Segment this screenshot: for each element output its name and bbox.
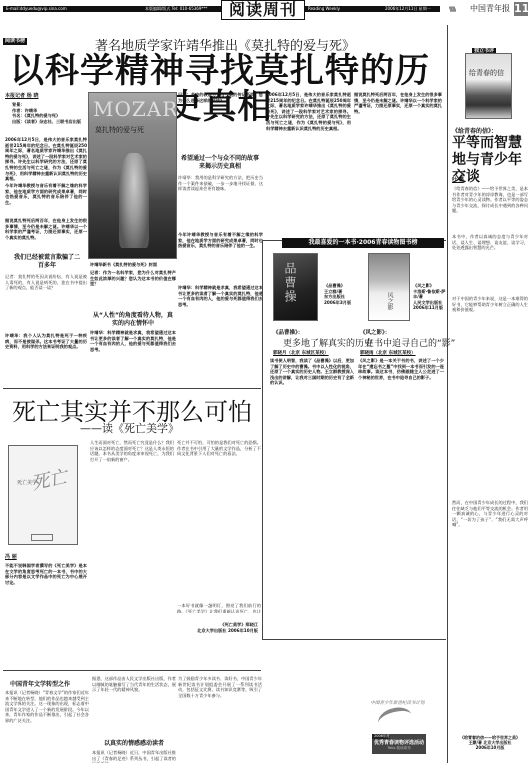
cover-caption: 许靖华新书《莫扎特的爱与死》封面	[90, 262, 176, 268]
decorative-slashes-icon: \\\\\\	[449, 6, 455, 13]
statue-image	[119, 153, 149, 248]
book2-byline: 郭晓雨（北京 东城区某校）	[360, 350, 416, 356]
logo-banner: 2006年度 优秀青春读物评选活动 Tello 阅读周刊	[372, 734, 426, 754]
book2-cover: 风之影	[368, 253, 410, 321]
main-body-1: 2006年12月5日，是伟大的音乐家莫扎特逝世215周年的纪念日。在莫扎特诞辰2…	[5, 137, 87, 181]
book2-tag: 《风之影》：	[360, 328, 390, 336]
main-subhead-1: 我们已经被谎言欺骗了二百多年	[14, 254, 80, 270]
main-intro: 背景： 作者：许靖华 书名：《莫扎特的爱与死》 出版：《读者》杂志社、三联书店出…	[12, 102, 87, 134]
book1-headline: 更多地了解真实的历史	[283, 336, 373, 349]
bottom-left-body: 本报讯（记者杨晓）“青春文学”的作家们近年来不断地在转型，他们的作品也越来越受到…	[5, 690, 89, 763]
sidebar-body-3: 对于中国的青少年来说，这是一本难得的好书，它能够帮助青少年树立正确的人生观和价值…	[452, 296, 528, 496]
section-divider	[3, 388, 261, 389]
book-recommend-banner: 我最喜爱的一本书·2006青春读物图书榜	[282, 238, 444, 248]
main-body-7: 许靖华：科学精神就是求真，我希望通过这本书让更多的读者了解一个真实的莫扎特，他是…	[90, 330, 176, 382]
bottom-middle-body-1: 据悉，这部作品由人民文学出版社出版，作者以细腻的笔触描写了当代青年的生活状态，展…	[92, 676, 176, 738]
sidebar-book-title: 《给青春的信》：	[452, 126, 497, 135]
bottom-middle-body-2: 本报讯（记者杨晓）近日，中国青年出版社推出了《青春的足迹》系列丛书，引起了读者的…	[92, 750, 176, 763]
book1-body: 读书使人明智，我读了《品曹操》以后，更加了解了历史中的曹操。书中以人性化的视角，…	[270, 358, 354, 638]
column-divider	[447, 25, 448, 763]
death-subtitle: ——读《死亡美学》	[80, 420, 179, 436]
main-body-8: 记者：书中的叙述方式与一般的传记不同，您为什么选择这样的写法？	[178, 92, 263, 152]
paper-logo: 中国青年报	[470, 3, 510, 14]
header-date: 2006年12月11日 星期一	[385, 5, 431, 12]
sidebar-byline: 叶 鹏	[452, 176, 464, 183]
sidebar-body-1: 《给青春的信》——给予世界之美，是本书作者对青少年的谆谆教诲，也是一部写给青少年…	[452, 186, 528, 232]
book1-tag: 《品曹操》：	[273, 328, 303, 336]
book2-cover-title: 风之影	[385, 292, 394, 310]
header-english-name: Reading Weekly	[308, 5, 340, 12]
death-body-3: 一本好书就像一盏明灯，照亮了我们前行的路。《死亡美学》让我们重新认识死亡，也让我…	[177, 603, 261, 613]
sidebar-footer: 《给青春的信——给予世界之美》 王蒙/著 北京大学出版社 2006年10月版	[452, 735, 528, 751]
bottom-middle-subhead: 以真实的情感感动读者	[95, 740, 173, 748]
bottom-right-body: 为了鼓励青少年多读书、读好书，中国青少年新世纪读书计划组委会开展了一系列读书活动…	[178, 676, 262, 763]
death-body-1: 人生而面对死亡，然而死亡究竟是什么？我们应该以怎样的态度面对死亡？这是人类永恒的…	[90, 440, 174, 630]
page-number: 11	[514, 2, 528, 16]
header-editor: 本版编辑/版式 Tel: 010-65369***	[145, 5, 207, 12]
main-body-4: 记者：莫扎特的死因众说纷纭，有人说是被人毒死的，有人说是病死的，您在书中提出了新…	[5, 274, 87, 332]
reading-plan-logo: 中国青少年新世纪读书计划 2006年度 优秀青春读物评选活动 Tello 阅读周…	[360, 700, 435, 760]
book1-cover: 品曹操	[273, 253, 318, 321]
main-subhead-3: 希望通过一个与众不同的故事来揭示历史真相	[180, 155, 260, 171]
main-subhead-2: 从“人性”的角度看待人物，真实的内在情怀中	[92, 312, 174, 328]
death-intro: 不能不说韩国学者撰写的《死亡美学》是本在文学的角度思考死亡的一本书，书中的大部分…	[5, 563, 87, 631]
section-label: 阅读书榜	[3, 38, 27, 45]
logo-sub: Tello 阅读周刊	[372, 746, 426, 751]
death-cover-title: 死亡美学	[17, 479, 37, 486]
sidebar-body-2: 本书中，作者以真诚的态度与青少年对话，谈人生、谈理想、谈友谊、谈学习，处处透露出…	[452, 234, 528, 294]
mozart-book-cover: MOZART 莫扎特的爱与死	[88, 92, 177, 259]
main-body-3: 据说莫扎特死后两百年，在他身上发生的很多事情，至今仍是未解之谜。许靖华以一个科学…	[5, 218, 87, 252]
main-body-5: 许靖华：我个人认为莫扎特是死于一种疾病，而不是被谋杀。这本书考证了大量的历史资料…	[5, 333, 87, 381]
book1-byline: 郭晓月（北京 东城区某校）	[273, 350, 329, 356]
book1-cover-title: 品曹操	[282, 262, 299, 304]
main-body-10: 今年许靖华教授与音乐有着不解之缘的科学家，他在地质学方面的研究成果卓著，同时也热…	[178, 232, 263, 282]
bottom-divider	[3, 670, 261, 671]
bottom-left-headline: 中国青年文学转型之作	[10, 679, 70, 688]
book2-info: 《风之影》 卡洛斯·鲁依斯·萨丰/著 人民文学出版社 2006年11月版	[413, 283, 447, 311]
book1-info: 《品曹操》 王立群/著 东方出版社 2006年3月版	[324, 283, 364, 305]
swoosh-icon	[376, 704, 415, 734]
book2-headline: 在书中追寻自己的“影”	[365, 336, 455, 349]
masthead-title: 阅读周刊	[221, 0, 305, 20]
sidebar-book-cover: 给青春的信	[465, 53, 512, 119]
death-footer: 《死亡美学》郑晓江 北京大学出版社 2006年10月版	[190, 622, 258, 633]
logo-arc-text: 中国青少年新世纪读书计划	[360, 700, 435, 706]
cover-mozart-text: MOZART	[93, 97, 177, 121]
main-body-11: 许靖华：科学精神就是求真，我希望通过这本书让更多的读者了解一个真实的莫扎特，他是…	[178, 285, 263, 382]
death-byline: 冯 丽	[5, 553, 17, 560]
main-byline: 本报记者 杨 晓	[5, 92, 38, 99]
logo-title: 优秀青春读物评选活动	[372, 739, 426, 746]
header-email: E-mail:ddyuedu@vip.sina.com	[6, 5, 67, 12]
sidebar-cover-title: 给青春的信	[469, 68, 504, 78]
publisher-mark	[31, 534, 53, 541]
main-body-13: 据说莫扎特死后两百年，在他身上发生的很多事情，至今仍是未解之谜。许靖华以一个科学…	[354, 92, 442, 227]
sidebar-body-4: 然而，在中国青少年成长的过程中，我们往往缺乏与他们平等交流的机会。作者用一颗真诚…	[452, 500, 528, 730]
cover-title: 莫扎特的爱与死	[95, 125, 144, 135]
main-body-6: 记者：作为一名科学家，您为什么对莫扎特产生如此浓厚的兴趣？您认为这本书的价值在哪…	[90, 270, 176, 310]
death-body-2: 死亡并不可怕，可怕的是我们对死亡的恐惧。作者在书中引用了大量的文学作品，分析了不…	[177, 440, 261, 630]
main-body-2: 今年许靖华教授与音乐有着不解之缘的科学家，他在地质学方面的研究成果卓著，同时也热…	[5, 183, 87, 217]
book2-body: 《风之影》是一本关于书的书，讲述了一个少年在“遗忘书之墓”中找到一本书而引发的一…	[358, 358, 444, 638]
main-body-12: 2006年12月5日，是伟大的音乐家莫扎特逝世215周年的纪念日。在莫扎特诞辰2…	[266, 92, 351, 227]
death-book-cover: 死亡 死亡美学	[8, 445, 78, 545]
main-body-9: 许靖华：我用的是科学研究的方法，把历史当作一个案件来侦破，一步一步地寻找证据，这…	[178, 175, 263, 231]
